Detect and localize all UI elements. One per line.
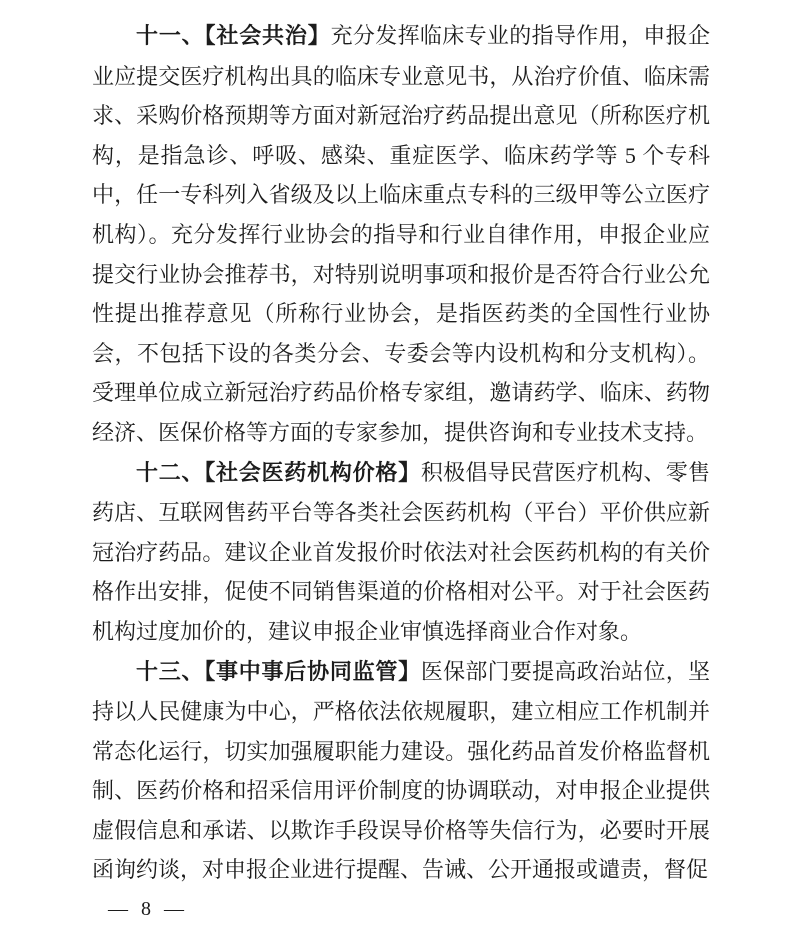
section-heading-11: 十一、【社会共治】 [136,24,331,49]
paragraph-section-11: 十一、【社会共治】充分发挥临床专业的指导作用，申报企业应提交医疗机构出具的临床专… [92,16,710,453]
paragraph-text-13: 医保部门要提高政治站位，坚持以人民健康为中心，严格依法依规履职，建立相应工作机制… [92,659,710,883]
paragraph-text-12: 积极倡导民营医疗机构、零售药店、互联网售药平台等各类社会医药机构（平台）平价供应… [92,460,710,644]
page-number: — 8 — [108,898,188,921]
paragraph-text-11: 充分发挥临床专业的指导作用，申报企业应提交医疗机构出具的临床专业意见书，从治疗价… [92,23,710,445]
paragraph-section-13: 十三、【事中事后协同监管】医保部门要提高政治站位，坚持以人民健康为中心，严格依法… [92,652,710,891]
document-body: 十一、【社会共治】充分发挥临床专业的指导作用，申报企业应提交医疗机构出具的临床专… [92,16,710,890]
section-heading-12: 十二、【社会医药机构价格】 [136,461,421,486]
paragraph-section-12: 十二、【社会医药机构价格】积极倡导民营医疗机构、零售药店、互联网售药平台等各类社… [92,453,710,652]
section-heading-13: 十三、【事中事后协同监管】 [136,660,421,685]
document-page: 十一、【社会共治】充分发挥临床专业的指导作用，申报企业应提交医疗机构出具的临床专… [0,0,800,948]
